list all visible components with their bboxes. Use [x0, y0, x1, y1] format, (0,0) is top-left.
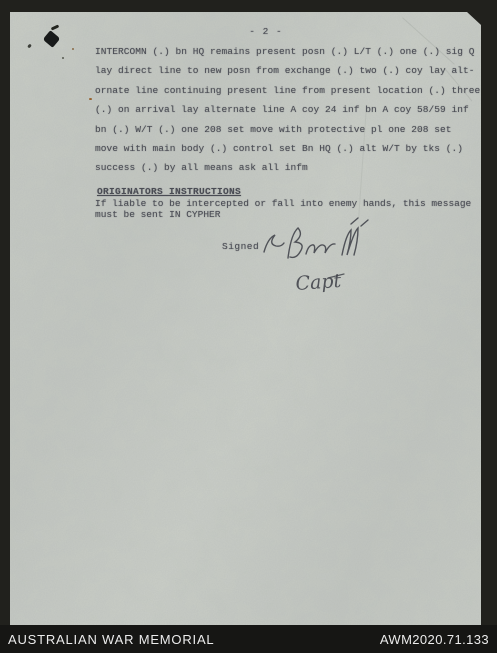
body-line: INTERCOMN (.) bn HQ remains present posn…	[95, 42, 477, 61]
accession-number: AWM2020.71.133	[380, 632, 489, 647]
institution-name: AUSTRALIAN WAR MEMORIAL	[8, 632, 214, 647]
body-line: (.) on arrival lay alternate line A coy …	[95, 100, 477, 119]
footer-bar: AUSTRALIAN WAR MEMORIAL AWM2020.71.133	[0, 625, 497, 653]
body-line: ornate line continuing present line from…	[95, 81, 477, 100]
body-text: INTERCOMN (.) bn HQ remains present posn…	[95, 42, 477, 178]
body-line: move with main body (.) control set Bn H…	[95, 139, 477, 158]
page-number: - 2 -	[236, 26, 296, 37]
body-line: success (.) by all means ask all infm	[95, 158, 477, 177]
ink-blot	[43, 30, 61, 48]
signature: Capt	[250, 214, 400, 304]
originators-instructions-heading: ORIGINATORS INSTRUCTIONS	[97, 186, 241, 197]
signature-rank: Capt	[295, 270, 342, 295]
body-line: bn (.) W/T (.) one 208 set move with pro…	[95, 120, 477, 139]
ink-streak	[51, 24, 60, 30]
rust-speck	[89, 98, 92, 100]
ink-speck	[27, 44, 32, 49]
archive-page: { "scan": { "page_number": "- 2 -", "bod…	[0, 0, 497, 653]
ink-speck	[62, 57, 64, 59]
rust-speck	[72, 48, 74, 50]
body-line: lay direct line to new posn from exchang…	[95, 61, 477, 80]
scanned-document-paper: - 2 - INTERCOMN (.) bn HQ remains presen…	[10, 12, 481, 625]
